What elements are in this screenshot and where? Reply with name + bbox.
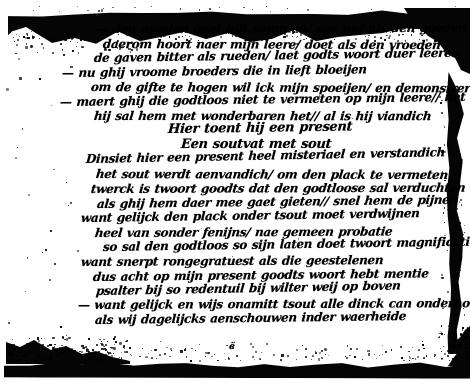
ink-speckle: [78, 52, 79, 53]
ink-speckle: [373, 42, 374, 43]
ink-speckle: [459, 222, 461, 224]
ink-speckle: [419, 39, 420, 40]
ink-speckle: [70, 66, 72, 68]
ink-speckle: [463, 354, 464, 355]
ink-speckle: [309, 32, 311, 34]
ink-speckle: [37, 344, 39, 346]
manuscript-line: — nu ghij vroome broeders die in lieft b…: [62, 62, 368, 80]
ink-speckle: [452, 302, 453, 303]
ink-speckle: [171, 350, 172, 351]
ink-speckle: [328, 355, 329, 356]
ink-speckle: [455, 6, 456, 7]
ink-speckle: [421, 35, 422, 36]
ink-speckle: [392, 31, 393, 32]
ink-speckle: [27, 37, 29, 39]
ink-speckle: [67, 355, 68, 356]
ink-speckle: [324, 348, 326, 350]
ink-speckle: [355, 38, 357, 40]
ink-speckle: [464, 232, 465, 233]
ink-speckle: [112, 7, 114, 9]
ink-speckle: [199, 9, 200, 10]
ink-speckle: [356, 348, 358, 350]
ink-speckle: [345, 356, 346, 357]
ink-speckle: [98, 360, 100, 362]
ink-speckle: [54, 344, 55, 345]
ink-speckle: [456, 208, 458, 210]
ink-speckle: [94, 357, 95, 358]
ink-speckle: [402, 34, 404, 36]
ink-speckle: [307, 33, 309, 35]
ink-speckle: [205, 352, 207, 354]
ink-speckle: [72, 358, 74, 360]
ink-speckle: [453, 344, 454, 345]
ink-speckle: [76, 356, 78, 358]
ink-speckle: [281, 354, 283, 356]
ink-speckle: [467, 327, 468, 328]
ink-speckle: [354, 356, 356, 358]
ink-speckle: [26, 34, 27, 35]
ink-speckle: [119, 48, 121, 50]
ink-speckle: [80, 39, 82, 41]
ink-speckle: [298, 238, 299, 239]
ink-speckle: [60, 43, 61, 44]
ink-speckle: [46, 357, 48, 359]
ink-speckle: [444, 235, 445, 236]
ink-speckle: [444, 353, 446, 355]
ink-speckle: [458, 347, 460, 349]
ink-speckle: [460, 228, 461, 229]
ink-speckle: [417, 356, 419, 358]
ink-speckle: [268, 32, 270, 34]
ink-speckle: [287, 8, 288, 9]
ink-speckle: [50, 230, 52, 232]
ink-speckle: [41, 43, 42, 44]
ink-speckle: [441, 35, 443, 37]
ink-speckle: [55, 349, 56, 350]
ink-speckle: [372, 33, 374, 35]
ink-speckle: [435, 33, 436, 34]
ink-speckle: [401, 357, 402, 358]
ink-speckle: [149, 263, 150, 264]
ink-speckle: [439, 96, 440, 97]
ink-speckle: [22, 352, 23, 353]
ink-speckle: [374, 36, 376, 38]
ink-speckle: [415, 358, 417, 360]
ink-speckle: [438, 337, 440, 339]
ink-speckle: [426, 355, 427, 356]
ink-speckle: [182, 36, 183, 37]
manuscript-line: het sout werdt aenvandich/ om den plack …: [95, 167, 449, 182]
ink-speckle: [444, 126, 445, 127]
ink-speckle: [119, 342, 122, 345]
ink-speckle: [236, 355, 238, 357]
ink-speckle: [140, 43, 142, 45]
ink-speckle: [448, 350, 450, 352]
ink-speckle: [214, 354, 215, 355]
ink-speckle: [422, 341, 423, 342]
ink-speckle: [238, 35, 239, 36]
ink-speckle: [107, 31, 109, 33]
ink-speckle: [107, 341, 108, 342]
ink-speckle: [15, 349, 17, 351]
ink-speckle: [113, 338, 115, 340]
ink-speckle: [86, 348, 88, 350]
ink-speckle: [87, 10, 88, 11]
ink-speckle: [464, 314, 466, 316]
ink-speckle: [22, 355, 25, 358]
ink-speckle: [321, 350, 323, 352]
ink-speckle: [468, 347, 470, 349]
ink-speckle: [379, 355, 380, 356]
ink-speckle: [306, 38, 307, 39]
ink-speckle: [296, 349, 298, 351]
ink-speckle: [449, 360, 450, 361]
ink-speckle: [457, 303, 459, 305]
ink-speckle: [126, 351, 128, 353]
ink-speckle: [343, 31, 344, 32]
ink-speckle: [269, 36, 271, 38]
ink-speckle: [191, 348, 193, 350]
manuscript-text-block: — den quaden gaet hijt sommen/ soe wel a…: [0, 0, 470, 387]
ink-speckle: [440, 10, 441, 11]
ink-speckle: [447, 183, 448, 184]
ink-speckle: [26, 43, 27, 44]
ink-speckle: [88, 357, 90, 359]
ink-speckle: [64, 339, 66, 341]
ink-speckle: [206, 36, 208, 38]
ink-speckle: [423, 348, 425, 350]
ink-speckle: [130, 354, 131, 355]
ink-speckle: [57, 355, 58, 356]
ink-speckle: [444, 144, 445, 145]
ink-speckle: [418, 349, 420, 351]
ink-speckle: [123, 84, 124, 85]
ink-speckle: [66, 335, 67, 336]
ink-speckle: [449, 147, 451, 149]
ink-speckle: [29, 345, 31, 347]
ink-speckle: [440, 102, 442, 104]
ink-speckle: [368, 353, 370, 355]
ink-speckle: [405, 40, 406, 41]
ink-speckle: [250, 343, 252, 345]
ink-speckle: [184, 349, 186, 351]
ink-speckle: [409, 360, 411, 362]
ink-speckle: [115, 341, 117, 343]
ink-speckle: [447, 350, 449, 352]
ink-speckle: [292, 36, 293, 37]
ink-speckle: [452, 249, 453, 250]
ink-speckle: [449, 123, 451, 125]
ink-speckle: [307, 9, 309, 11]
ink-speckle: [105, 344, 107, 346]
ink-speckle: [39, 78, 41, 80]
ink-speckle: [105, 349, 107, 351]
ink-speckle: [68, 349, 69, 350]
ink-speckle: [361, 33, 362, 34]
ink-speckle: [280, 359, 282, 361]
ink-speckle: [318, 31, 319, 32]
ink-speckle: [63, 54, 65, 56]
ink-speckle: [125, 341, 126, 342]
ink-speckle: [463, 308, 464, 309]
ink-speckle: [130, 34, 132, 36]
ink-speckle: [205, 356, 206, 357]
ink-speckle: [462, 329, 463, 330]
ink-speckle: [59, 347, 60, 348]
ink-speckle: [225, 359, 226, 360]
ink-speckle: [325, 32, 326, 33]
ink-speckle: [462, 339, 464, 341]
ink-speckle: [450, 254, 451, 255]
ink-speckle: [460, 333, 462, 335]
ink-speckle: [441, 351, 442, 352]
ink-speckle: [199, 360, 201, 362]
ink-speckle: [261, 40, 262, 41]
ink-speckle: [52, 52, 54, 54]
ink-speckle: [456, 350, 457, 351]
ink-speckle: [61, 345, 63, 347]
ink-speckle: [49, 344, 51, 346]
ink-speckle: [175, 31, 176, 32]
ink-speckle: [460, 199, 462, 201]
ink-speckle: [423, 357, 425, 359]
ink-speckle: [63, 359, 64, 360]
ink-speckle: [42, 344, 44, 346]
ink-speckle: [240, 360, 241, 361]
ink-speckle: [65, 31, 67, 33]
ink-speckle: [252, 356, 254, 358]
ink-speckle: [382, 345, 383, 346]
ink-speckle: [39, 38, 41, 40]
ink-speckle: [243, 7, 244, 8]
ink-speckle: [441, 325, 443, 327]
ink-speckle: [10, 351, 11, 352]
ink-speckle: [17, 39, 19, 41]
ink-speckle: [131, 49, 133, 51]
ink-speckle: [296, 359, 298, 361]
ink-speckle: [224, 353, 225, 354]
ink-speckle: [385, 351, 386, 352]
ink-speckle: [136, 34, 138, 36]
ink-speckle: [266, 6, 267, 7]
ink-speckle: [311, 359, 312, 360]
ink-speckle: [178, 36, 180, 38]
ink-speckle: [369, 86, 370, 87]
ink-speckle: [434, 40, 436, 42]
ink-speckle: [36, 360, 38, 362]
ink-speckle: [226, 345, 228, 347]
ink-speckle: [15, 53, 16, 54]
ink-speckle: [444, 222, 445, 223]
ink-speckle: [108, 31, 110, 33]
ink-speckle: [92, 349, 94, 351]
ink-speckle: [201, 228, 202, 229]
ink-speckle: [449, 344, 451, 346]
ink-speckle: [334, 39, 335, 40]
ink-speckle: [129, 347, 131, 349]
ink-speckle: [98, 10, 99, 11]
ink-speckle: [121, 357, 122, 358]
ink-speckle: [88, 38, 90, 40]
ink-speckle: [77, 250, 79, 252]
ink-speckle: [42, 252, 43, 253]
ink-speckle: [466, 357, 468, 359]
ink-speckle: [10, 31, 12, 33]
ink-speckle: [451, 101, 452, 102]
ink-speckle: [27, 257, 29, 259]
ink-speckle: [52, 337, 55, 340]
ink-speckle: [467, 336, 469, 338]
ink-speckle: [292, 32, 294, 34]
ink-speckle: [252, 346, 254, 348]
ink-speckle: [41, 338, 42, 339]
ink-speckle: [9, 353, 12, 356]
ink-speckle: [312, 355, 314, 357]
ink-speckle: [242, 36, 243, 37]
ink-speckle: [97, 38, 99, 40]
ink-speckle: [121, 46, 123, 48]
ink-speckle: [190, 360, 192, 362]
ink-speckle: [68, 205, 69, 206]
ink-speckle: [27, 34, 28, 35]
ink-speckle: [428, 8, 429, 9]
ink-speckle: [108, 35, 109, 36]
ink-speckle: [84, 359, 86, 361]
ink-speckle: [9, 359, 11, 361]
ink-speckle: [65, 353, 67, 355]
ink-speckle: [74, 36, 75, 37]
ink-speckle: [283, 36, 285, 38]
ink-speckle: [58, 354, 59, 355]
ink-speckle: [232, 347, 234, 349]
ink-speckle: [440, 331, 441, 332]
ink-speckle: [461, 357, 463, 359]
ink-speckle: [400, 346, 402, 348]
ink-speckle: [455, 129, 457, 131]
ink-speckle: [108, 49, 110, 51]
ink-speckle: [130, 42, 132, 44]
ink-speckle: [219, 7, 220, 8]
ink-speckle: [328, 32, 330, 34]
ink-speckle: [444, 334, 445, 335]
ink-speckle: [461, 204, 462, 205]
ink-speckle: [101, 11, 103, 13]
ink-speckle: [45, 249, 47, 251]
ink-speckle: [296, 43, 298, 45]
ink-speckle: [390, 32, 391, 33]
ink-speckle: [456, 113, 458, 115]
ink-speckle: [451, 218, 453, 220]
ink-speckle: [270, 11, 271, 12]
ink-speckle: [254, 359, 255, 360]
ink-speckle: [79, 34, 81, 36]
ink-speckle: [391, 349, 392, 350]
manuscript-line: als wij dagelijcks aenschouwen inder wae…: [95, 309, 407, 327]
ink-speckle: [186, 39, 188, 41]
ink-speckle: [367, 350, 369, 352]
ink-speckle: [124, 351, 126, 353]
ink-speckle: [386, 35, 387, 36]
ink-speckle: [352, 118, 353, 119]
ink-speckle: [71, 38, 73, 40]
ink-speckle: [398, 34, 400, 36]
ink-speckle: [49, 279, 51, 281]
ink-speckle: [228, 33, 229, 34]
ink-speckle: [441, 277, 443, 279]
ink-speckle: [81, 345, 83, 347]
ink-speckle: [35, 31, 37, 33]
ink-speckle: [34, 360, 36, 362]
ink-speckle: [450, 195, 452, 197]
ink-speckle: [232, 256, 233, 257]
ink-speckle: [226, 33, 227, 34]
ink-speckle: [220, 36, 222, 38]
ink-speckle: [42, 348, 44, 350]
ink-speckle: [305, 348, 307, 350]
ink-speckle: [151, 31, 153, 33]
ink-speckle: [447, 291, 449, 293]
ink-speckle: [426, 44, 428, 46]
ink-speckle: [319, 352, 321, 354]
ink-speckle: [456, 192, 457, 193]
ink-speckle: [117, 358, 119, 360]
ink-speckle: [103, 339, 105, 341]
ink-speckle: [14, 41, 15, 42]
ink-speckle: [111, 347, 113, 349]
ink-speckle: [397, 40, 399, 42]
ink-speckle: [70, 202, 72, 204]
ink-speckle: [189, 36, 190, 37]
ink-speckle: [266, 343, 268, 345]
ink-speckle: [347, 345, 349, 347]
ink-speckle: [25, 46, 27, 48]
ink-speckle: [380, 37, 382, 39]
ink-speckle: [327, 35, 329, 37]
ink-speckle: [458, 356, 459, 357]
ink-speckle: [26, 343, 28, 345]
ink-speckle: [462, 360, 464, 362]
ink-speckle: [228, 357, 229, 358]
ink-speckle: [302, 345, 303, 346]
ink-speckle: [467, 354, 468, 355]
ink-speckle: [25, 291, 26, 292]
ink-speckle: [20, 359, 21, 360]
ink-speckle: [54, 263, 56, 265]
ink-speckle: [454, 347, 456, 349]
ink-speckle: [456, 181, 457, 182]
ink-speckle: [207, 352, 209, 354]
ink-speckle: [434, 356, 435, 357]
ink-speckle: [456, 134, 457, 135]
ink-speckle: [454, 329, 456, 331]
ink-speckle: [443, 241, 444, 242]
ink-speckle: [96, 344, 98, 346]
ink-speckle: [321, 357, 323, 359]
ink-speckle: [213, 35, 214, 36]
ink-speckle: [42, 33, 43, 34]
ink-speckle: [72, 50, 74, 52]
ink-speckle: [145, 32, 146, 33]
ink-speckle: [403, 360, 405, 362]
ink-speckle: [175, 38, 177, 40]
ink-speckle: [39, 6, 40, 7]
ink-speckle: [285, 32, 286, 33]
ink-speckle: [451, 288, 452, 289]
ink-speckle: [198, 40, 200, 42]
ink-speckle: [223, 32, 225, 34]
ink-speckle: [185, 348, 186, 349]
ink-speckle: [442, 308, 444, 310]
